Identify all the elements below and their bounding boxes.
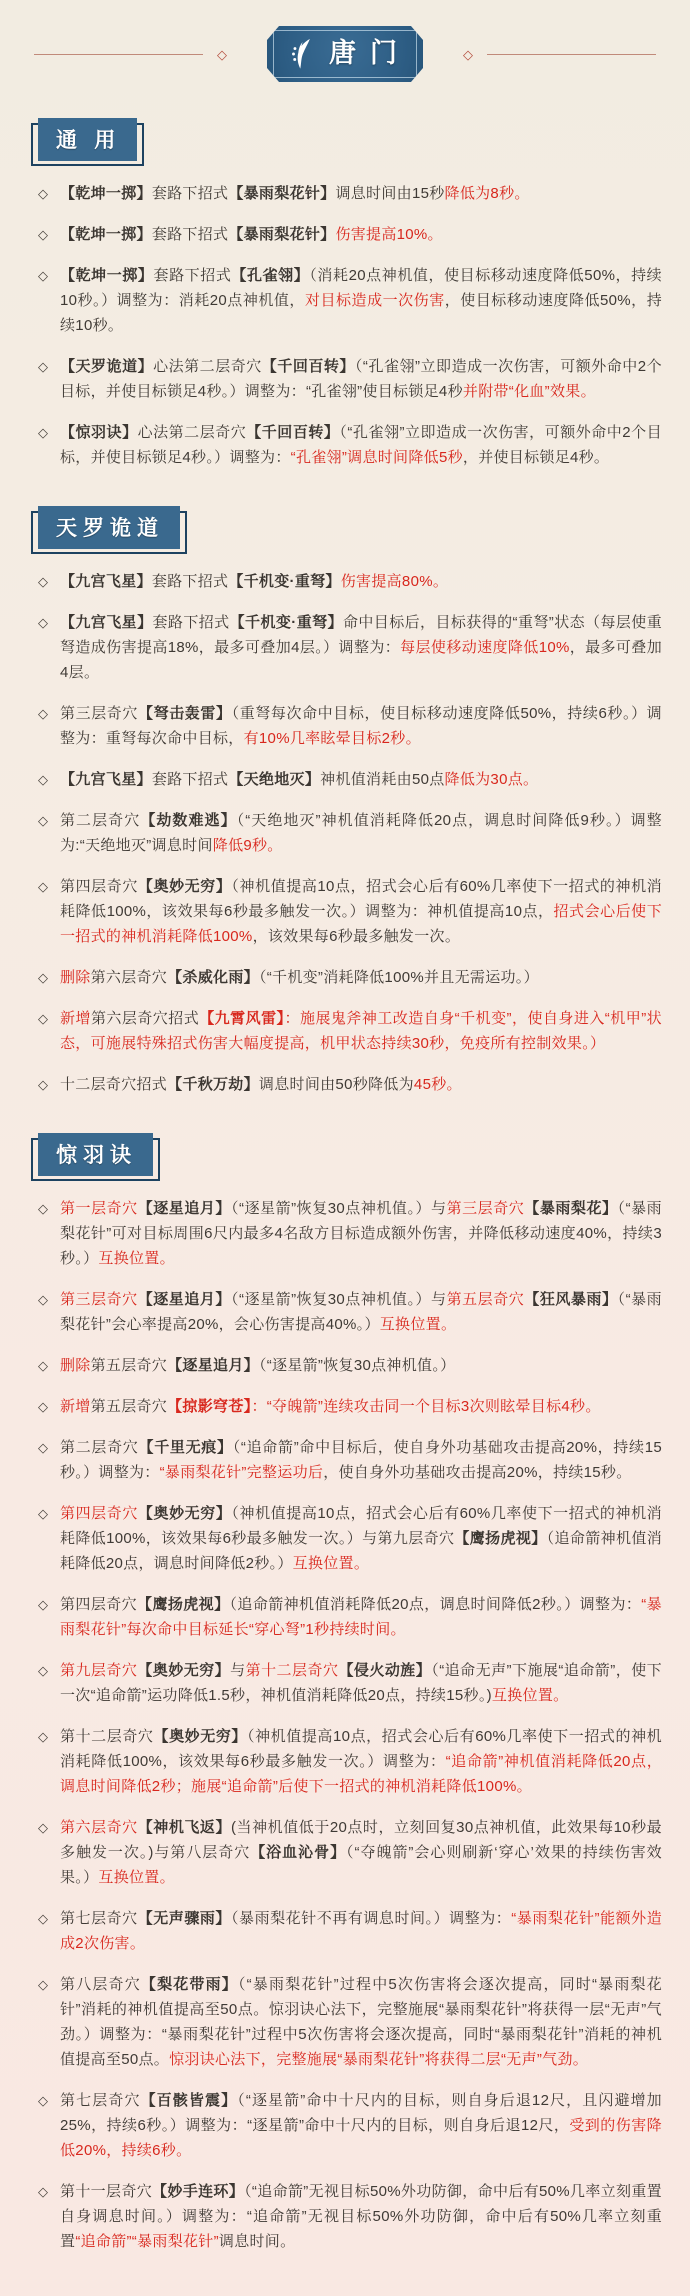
change-item-text: 第一层奇穴【逐星追月】（“逐星箭”恢复30点神机值。）与第三层奇穴【暴雨梨花】（… — [60, 1196, 662, 1271]
text-segment: ，该效果每6秒最多触发一次。 — [253, 928, 461, 945]
change-item-text: 第二层奇穴【劫数难逃】（“天绝地灭”神机值消耗降低20点，调息时间降低9秒。）调… — [60, 808, 662, 858]
change-item-text: 【九宫飞星】套路下招式【天绝地灭】神机值消耗由50点降低为30点。 — [60, 767, 662, 792]
text-segment: 【乾坤一掷】 — [60, 267, 154, 284]
text-segment: 【劫数难逃】 — [140, 812, 236, 829]
change-item: ◇第二层奇穴【千里无痕】（“追命箭”命中目标后，使自身外功基础攻击提高20%，持… — [0, 1435, 690, 1485]
text-segment: 套路下招式 — [152, 185, 229, 202]
diamond-bullet-icon: ◇ — [38, 1592, 60, 1617]
change-item-text: 【九宫飞星】套路下招式【千机变·重弩】命中目标后，目标获得的“重弩”状态（每层使… — [60, 610, 662, 685]
text-segment: 第三层奇穴 — [447, 1200, 525, 1217]
text-segment: 【千机变·重弩】 — [228, 573, 340, 590]
text-segment: 【侵火动旌】 — [338, 1662, 431, 1679]
change-item-text: 第三层奇穴【弩击轰雷】（重弩每次命中目标，使目标移动速度降低50%，持续6秒。）… — [60, 701, 662, 751]
diamond-bullet-icon: ◇ — [38, 1287, 60, 1312]
text-segment: 【奥妙无穷】 — [137, 1662, 230, 1679]
page-header: ◇ 唐门 ◇ — [0, 0, 690, 82]
text-segment: （暴雨梨花针不再有调息时间。）调整为： — [231, 1910, 511, 1927]
change-item: ◇删除第六层奇穴【杀威化雨】（“千机变”消耗降低100%并且无需运功。） — [0, 965, 690, 990]
text-segment: 【弩击轰雷】 — [138, 705, 232, 722]
change-item-text: 第八层奇穴【梨花带雨】（“暴雨梨花针”过程中5次伤害将会逐次提高，同时“暴雨梨花… — [60, 1972, 662, 2072]
patch-notes-page: ◇ 唐门 ◇ 通 用◇【乾坤一掷】套路下招式【暴雨梨花针】调息时间由15秒降低为… — [0, 0, 690, 2296]
text-segment: 第三层奇穴 — [60, 1291, 138, 1308]
change-item: ◇第九层奇穴【奥妙无穷】与第十二层奇穴【侵火动旌】（“追命无声”下施展“追命箭”… — [0, 1658, 690, 1708]
diamond-bullet-icon: ◇ — [38, 420, 60, 445]
text-segment: （“千机变”消耗降低100%并且无需运功。） — [259, 969, 539, 986]
text-segment: 套路下招式 — [153, 614, 230, 631]
text-segment: 套路下招式 — [152, 771, 229, 788]
text-segment: 第四层奇穴 — [60, 1596, 137, 1613]
text-segment: 【千秋万劫】 — [167, 1076, 259, 1093]
text-segment: 第七层奇穴 — [60, 1910, 138, 1927]
text-segment: 【九宫飞星】 — [60, 771, 152, 788]
text-segment: 第五层奇穴 — [447, 1291, 525, 1308]
text-segment: 【奥妙无穷】 — [138, 1505, 232, 1522]
school-title-plaque: 唐门 — [267, 26, 423, 82]
text-segment: 伤害提高10%。 — [335, 226, 442, 243]
diamond-bullet-icon: ◇ — [38, 1501, 60, 1526]
text-segment: 【惊羽诀】 — [60, 424, 138, 441]
diamond-bullet-icon: ◇ — [38, 1435, 60, 1460]
change-item-text: 第十一层奇穴【妙手连环】（“追命箭”无视目标50%外功防御，命中后有50%几率立… — [60, 2179, 662, 2254]
change-item: ◇【九宫飞星】套路下招式【千机变·重弩】命中目标后，目标获得的“重弩”状态（每层… — [0, 610, 690, 685]
change-item: ◇第四层奇穴【奥妙无穷】（神机值提高10点，招式会心后有60%几率使下一招式的神… — [0, 1501, 690, 1576]
text-segment: （追命箭神机值消耗降低20点，调息时间降低2秒。）调整为： — [230, 1596, 642, 1613]
header-rule-right — [487, 54, 656, 55]
text-segment: 第一层奇穴 — [60, 1200, 138, 1217]
change-item-text: 【乾坤一掷】套路下招式【暴雨梨花针】调息时间由15秒降低为8秒。 — [60, 181, 662, 206]
text-segment: ，并使目标锁足4秒。 — [463, 449, 609, 466]
change-item: ◇【乾坤一掷】套路下招式【暴雨梨花针】调息时间由15秒降低为8秒。 — [0, 181, 690, 206]
change-item-text: 十二层奇穴招式【千秋万劫】调息时间由50秒降低为45秒。 — [60, 1072, 662, 1097]
change-item: ◇新增第五层奇穴【掠影穹苍】：“夺魄箭”连续攻击同一个目标3次则眩晕目标4秒。 — [0, 1394, 690, 1419]
change-item-text: 【乾坤一掷】套路下招式【孔雀翎】（消耗20点神机值，使目标移动速度降低50%，持… — [60, 263, 662, 338]
text-segment: 惊羽诀心法下，完整施展“暴雨梨花针”将获得二层“无声”气劲。 — [169, 2051, 588, 2068]
text-segment: 删除 — [60, 1357, 91, 1374]
text-segment: 互换位置。 — [98, 1250, 175, 1267]
diamond-bullet-icon: ◇ — [38, 222, 60, 247]
diamond-ornament-icon: ◇ — [463, 48, 473, 61]
text-segment: 第六层奇穴 — [91, 969, 168, 986]
text-segment: 【奥妙无穷】 — [154, 1728, 248, 1745]
diamond-bullet-icon: ◇ — [38, 701, 60, 726]
text-segment: 【鹰扬虎视】 — [454, 1530, 546, 1547]
change-item: ◇第一层奇穴【逐星追月】（“逐星箭”恢复30点神机值。）与第三层奇穴【暴雨梨花】… — [0, 1196, 690, 1271]
text-segment: 互换位置。 — [98, 1869, 175, 1886]
text-segment: 第三层奇穴 — [60, 705, 138, 722]
text-segment: 第六层奇穴招式 — [91, 1010, 199, 1027]
text-segment: 套路下招式 — [152, 573, 229, 590]
change-item: ◇第六层奇穴【神机飞返】(当神机值低于20点时，立刻回复30点神机值，此效果每1… — [0, 1815, 690, 1890]
diamond-bullet-icon: ◇ — [38, 1353, 60, 1378]
text-segment: 【暴雨梨花针】 — [228, 185, 335, 202]
text-segment: ：“夺魄箭”连续攻击同一个目标3次则眩晕目标4秒。 — [251, 1398, 600, 1415]
text-segment: 【暴雨梨花针】 — [228, 226, 335, 243]
page-title: 唐门 — [329, 39, 411, 69]
change-item-text: 第九层奇穴【奥妙无穷】与第十二层奇穴【侵火动旌】（“追命无声”下施展“追命箭”，… — [60, 1658, 662, 1708]
text-segment: 【暴雨梨花】 — [524, 1200, 617, 1217]
text-segment: 【天绝地灭】 — [228, 771, 320, 788]
text-segment: 互换位置。 — [293, 1555, 370, 1572]
text-segment: ，使自身外功基础攻击提高20%，持续15秒。 — [323, 1464, 631, 1481]
change-item: ◇第三层奇穴【弩击轰雷】（重弩每次命中目标，使目标移动速度降低50%，持续6秒。… — [0, 701, 690, 751]
text-segment: 删除 — [60, 969, 91, 986]
diamond-bullet-icon: ◇ — [38, 965, 60, 990]
text-segment: 【逐星追月】 — [138, 1200, 231, 1217]
section-badge-wrap: 通 用 — [0, 82, 690, 165]
text-segment: 互换位置。 — [380, 1316, 457, 1333]
change-item-text: 【乾坤一掷】套路下招式【暴雨梨花针】伤害提高10%。 — [60, 222, 662, 247]
text-segment: 心法第二层奇穴 — [153, 358, 262, 375]
change-item: ◇删除第五层奇穴【逐星追月】（“逐星箭”恢复30点神机值。） — [0, 1353, 690, 1378]
change-item-text: 新增第五层奇穴【掠影穹苍】：“夺魄箭”连续攻击同一个目标3次则眩晕目标4秒。 — [60, 1394, 662, 1419]
section-badge: 通 用 — [38, 118, 137, 161]
diamond-bullet-icon: ◇ — [38, 1072, 60, 1097]
text-segment: 第五层奇穴 — [91, 1357, 168, 1374]
text-segment: 第十一层奇穴 — [60, 2183, 152, 2200]
text-segment: 【九宫飞星】 — [60, 614, 153, 631]
change-item-text: 第三层奇穴【逐星追月】（“逐星箭”恢复30点神机值。）与第五层奇穴【狂风暴雨】（… — [60, 1287, 662, 1337]
text-segment: 【天罗诡道】 — [60, 358, 153, 375]
text-segment: 降低9秒。 — [213, 837, 283, 854]
change-item: ◇【九宫飞星】套路下招式【天绝地灭】神机值消耗由50点降低为30点。 — [0, 767, 690, 792]
change-item: ◇【惊羽诀】心法第二层奇穴【千回百转】（“孔雀翎”立即造成一次伤害，可额外命中2… — [0, 420, 690, 470]
text-segment: 第四层奇穴 — [60, 878, 138, 895]
page-bottom-spacer — [0, 2254, 690, 2296]
text-segment: “孔雀翎”调息时间降低5秒 — [291, 449, 463, 466]
change-item-text: 第十二层奇穴【奥妙无穷】（神机值提高10点，招式会心后有60%几率使下一招式的神… — [60, 1724, 662, 1799]
diamond-bullet-icon: ◇ — [38, 263, 60, 288]
text-segment: 降低为8秒。 — [445, 185, 530, 202]
text-segment: 【千回百转】 — [246, 424, 339, 441]
text-segment: 第四层奇穴 — [60, 1505, 138, 1522]
feather-icon — [287, 37, 317, 71]
text-segment: （“逐星箭”恢复30点神机值。） — [259, 1357, 455, 1374]
text-segment: 套路下招式 — [154, 267, 232, 284]
change-item-text: 第四层奇穴【奥妙无穷】（神机值提高10点，招式会心后有60%几率使下一招式的神机… — [60, 874, 662, 949]
text-segment: 套路下招式 — [152, 226, 229, 243]
diamond-bullet-icon: ◇ — [38, 354, 60, 379]
section-badge: 天罗诡道 — [38, 506, 180, 549]
text-segment: 十二层奇穴招式 — [60, 1076, 167, 1093]
change-item-text: 第四层奇穴【奥妙无穷】（神机值提高10点，招式会心后有60%几率使下一招式的神机… — [60, 1501, 662, 1576]
change-item-text: 新增第六层奇穴招式【九霄风雷】：施展鬼斧神工改造自身“千机变”，使自身进入“机甲… — [60, 1006, 662, 1056]
change-item-text: 第六层奇穴【神机飞返】(当神机值低于20点时，立刻回复30点神机值，此效果每10… — [60, 1815, 662, 1890]
text-segment: 伤害提高80%。 — [341, 573, 448, 590]
diamond-bullet-icon: ◇ — [38, 1006, 60, 1031]
text-segment: 【乾坤一掷】 — [60, 226, 152, 243]
text-segment: 第十二层奇穴 — [60, 1728, 154, 1745]
section-badge: 惊羽诀 — [38, 1133, 153, 1176]
change-item-text: 【惊羽诀】心法第二层奇穴【千回百转】（“孔雀翎”立即造成一次伤害，可额外命中2个… — [60, 420, 662, 470]
text-segment: 【奥妙无穷】 — [138, 878, 232, 895]
diamond-bullet-icon: ◇ — [38, 569, 60, 594]
diamond-bullet-icon: ◇ — [38, 1724, 60, 1749]
text-segment: 【千里无痕】 — [139, 1439, 233, 1456]
text-segment: 第十二层奇穴 — [246, 1662, 339, 1679]
text-segment: 【百骸皆震】 — [141, 2092, 238, 2109]
diamond-bullet-icon: ◇ — [38, 610, 60, 635]
diamond-bullet-icon: ◇ — [38, 1972, 60, 1997]
change-item: ◇【乾坤一掷】套路下招式【孔雀翎】（消耗20点神机值，使目标移动速度降低50%，… — [0, 263, 690, 338]
diamond-bullet-icon: ◇ — [38, 808, 60, 833]
text-segment: 第九层奇穴 — [60, 1662, 137, 1679]
diamond-ornament-icon: ◇ — [217, 48, 227, 61]
text-segment: 心法第二层奇穴 — [138, 424, 247, 441]
change-item-text: 删除第六层奇穴【杀威化雨】（“千机变”消耗降低100%并且无需运功。） — [60, 965, 662, 990]
text-segment: 新增 — [60, 1398, 91, 1415]
text-segment: 【无声骤雨】 — [138, 1910, 231, 1927]
change-item: ◇第二层奇穴【劫数难逃】（“天绝地灭”神机值消耗降低20点，调息时间降低9秒。）… — [0, 808, 690, 858]
change-item-text: 第二层奇穴【千里无痕】（“追命箭”命中目标后，使自身外功基础攻击提高20%，持续… — [60, 1435, 662, 1485]
text-segment: 与 — [230, 1662, 245, 1679]
text-segment: 第五层奇穴 — [91, 1398, 168, 1415]
diamond-bullet-icon: ◇ — [38, 1394, 60, 1419]
text-segment: 调息时间由50秒降低为 — [259, 1076, 414, 1093]
text-segment: 降低为30点。 — [445, 771, 539, 788]
text-segment: “追命箭”“暴雨梨花针” — [75, 2233, 219, 2250]
text-segment: 【乾坤一掷】 — [60, 185, 152, 202]
diamond-bullet-icon: ◇ — [38, 1815, 60, 1840]
text-segment: 【梨花带雨】 — [141, 1976, 238, 1993]
diamond-bullet-icon: ◇ — [38, 874, 60, 899]
change-item: ◇第十一层奇穴【妙手连环】（“追命箭”无视目标50%外功防御，命中后有50%几率… — [0, 2179, 690, 2254]
text-segment: 第八层奇穴 — [60, 1976, 141, 1993]
text-segment: 【鹰扬虎视】 — [137, 1596, 229, 1613]
text-segment: 神机值消耗由50点 — [320, 771, 444, 788]
change-item: ◇十二层奇穴招式【千秋万劫】调息时间由50秒降低为45秒。 — [0, 1072, 690, 1097]
diamond-bullet-icon: ◇ — [38, 181, 60, 206]
text-segment: 互换位置。 — [492, 1687, 569, 1704]
text-segment: 【逐星追月】 — [167, 1357, 259, 1374]
text-segment: 对目标造成一次伤害 — [305, 292, 445, 309]
text-segment: 第七层奇穴 — [60, 2092, 141, 2109]
text-segment: 【九霄风雷】 — [199, 1010, 284, 1027]
text-segment: 新增 — [60, 1010, 91, 1027]
text-segment: 【千机变·重弩】 — [230, 614, 343, 631]
change-item: ◇第四层奇穴【奥妙无穷】（神机值提高10点，招式会心后有60%几率使下一招式的神… — [0, 874, 690, 949]
diamond-bullet-icon: ◇ — [38, 1658, 60, 1683]
change-item-text: 第七层奇穴【无声骤雨】（暴雨梨花针不再有调息时间。）调整为：“暴雨梨花针”能额外… — [60, 1906, 662, 1956]
change-item: ◇【九宫飞星】套路下招式【千机变·重弩】伤害提高80%。 — [0, 569, 690, 594]
text-segment: 有10%几率眩晕目标2秒。 — [244, 730, 421, 747]
text-segment: 【掠影穹苍】 — [167, 1398, 251, 1415]
change-item: ◇第三层奇穴【逐星追月】（“逐星箭”恢复30点神机值。）与第五层奇穴【狂风暴雨】… — [0, 1287, 690, 1337]
text-segment: 【千回百转】 — [262, 358, 355, 375]
section-badge-wrap: 天罗诡道 — [0, 470, 690, 553]
text-segment: 第二层奇穴 — [60, 1439, 139, 1456]
change-item: ◇【乾坤一掷】套路下招式【暴雨梨花针】伤害提高10%。 — [0, 222, 690, 247]
change-item: ◇【天罗诡道】心法第二层奇穴【千回百转】（“孔雀翎”立即造成一次伤害，可额外命中… — [0, 354, 690, 404]
diamond-bullet-icon: ◇ — [38, 767, 60, 792]
change-item-text: 删除第五层奇穴【逐星追月】（“逐星箭”恢复30点神机值。） — [60, 1353, 662, 1378]
text-segment: 【逐星追月】 — [138, 1291, 231, 1308]
change-item: ◇第七层奇穴【百骸皆震】（“逐星箭”命中十尺内的目标，则自身后退12尺，且闪避增… — [0, 2088, 690, 2163]
text-segment: 【孔雀翎】 — [231, 267, 309, 284]
text-segment: 【妙手连环】 — [152, 2183, 244, 2200]
diamond-bullet-icon: ◇ — [38, 2179, 60, 2204]
change-item: ◇新增第六层奇穴招式【九霄风雷】：施展鬼斧神工改造自身“千机变”，使自身进入“机… — [0, 1006, 690, 1056]
text-segment: （“逐星箭”恢复30点神机值。）与 — [231, 1291, 447, 1308]
change-item-text: 【九宫飞星】套路下招式【千机变·重弩】伤害提高80%。 — [60, 569, 662, 594]
text-segment: 【神机飞返】 — [138, 1819, 231, 1836]
text-segment: 第二层奇穴 — [60, 812, 140, 829]
text-segment: （“逐星箭”恢复30点神机值。）与 — [231, 1200, 447, 1217]
text-segment: 每层使移动速度降低10% — [400, 639, 569, 656]
change-item-text: 【天罗诡道】心法第二层奇穴【千回百转】（“孔雀翎”立即造成一次伤害，可额外命中2… — [60, 354, 662, 404]
change-item: ◇第四层奇穴【鹰扬虎视】（追命箭神机值消耗降低20点，调息时间降低2秒。）调整为… — [0, 1592, 690, 1642]
text-segment: “暴雨梨花针”完整运功后 — [160, 1464, 324, 1481]
header-rule-left — [34, 54, 203, 55]
text-segment: 调息时间由15秒 — [335, 185, 444, 202]
diamond-bullet-icon: ◇ — [38, 1196, 60, 1221]
text-segment: 45秒。 — [414, 1076, 462, 1093]
text-segment: 【狂风暴雨】 — [524, 1291, 617, 1308]
text-segment: 第六层奇穴 — [60, 1819, 138, 1836]
change-item-text: 第四层奇穴【鹰扬虎视】（追命箭神机值消耗降低20点，调息时间降低2秒。）调整为：… — [60, 1592, 662, 1642]
text-segment: 【杀威化雨】 — [167, 969, 259, 986]
change-item: ◇第八层奇穴【梨花带雨】（“暴雨梨花针”过程中5次伤害将会逐次提高，同时“暴雨梨… — [0, 1972, 690, 2072]
section-badge-wrap: 惊羽诀 — [0, 1097, 690, 1180]
change-item: ◇第七层奇穴【无声骤雨】（暴雨梨花针不再有调息时间。）调整为：“暴雨梨花针”能额… — [0, 1906, 690, 1956]
sections-container: 通 用◇【乾坤一掷】套路下招式【暴雨梨花针】调息时间由15秒降低为8秒。◇【乾坤… — [0, 82, 690, 2254]
diamond-bullet-icon: ◇ — [38, 2088, 60, 2113]
change-item-text: 第七层奇穴【百骸皆震】（“逐星箭”命中十尺内的目标，则自身后退12尺，且闪避增加… — [60, 2088, 662, 2163]
text-segment: 并附带“化血”效果。 — [463, 383, 596, 400]
diamond-bullet-icon: ◇ — [38, 1906, 60, 1931]
text-segment: 调息时间。 — [219, 2233, 296, 2250]
change-item: ◇第十二层奇穴【奥妙无穷】（神机值提高10点，招式会心后有60%几率使下一招式的… — [0, 1724, 690, 1799]
text-segment: 【九宫飞星】 — [60, 573, 152, 590]
text-segment: 【浴血沁骨】 — [250, 1844, 346, 1861]
